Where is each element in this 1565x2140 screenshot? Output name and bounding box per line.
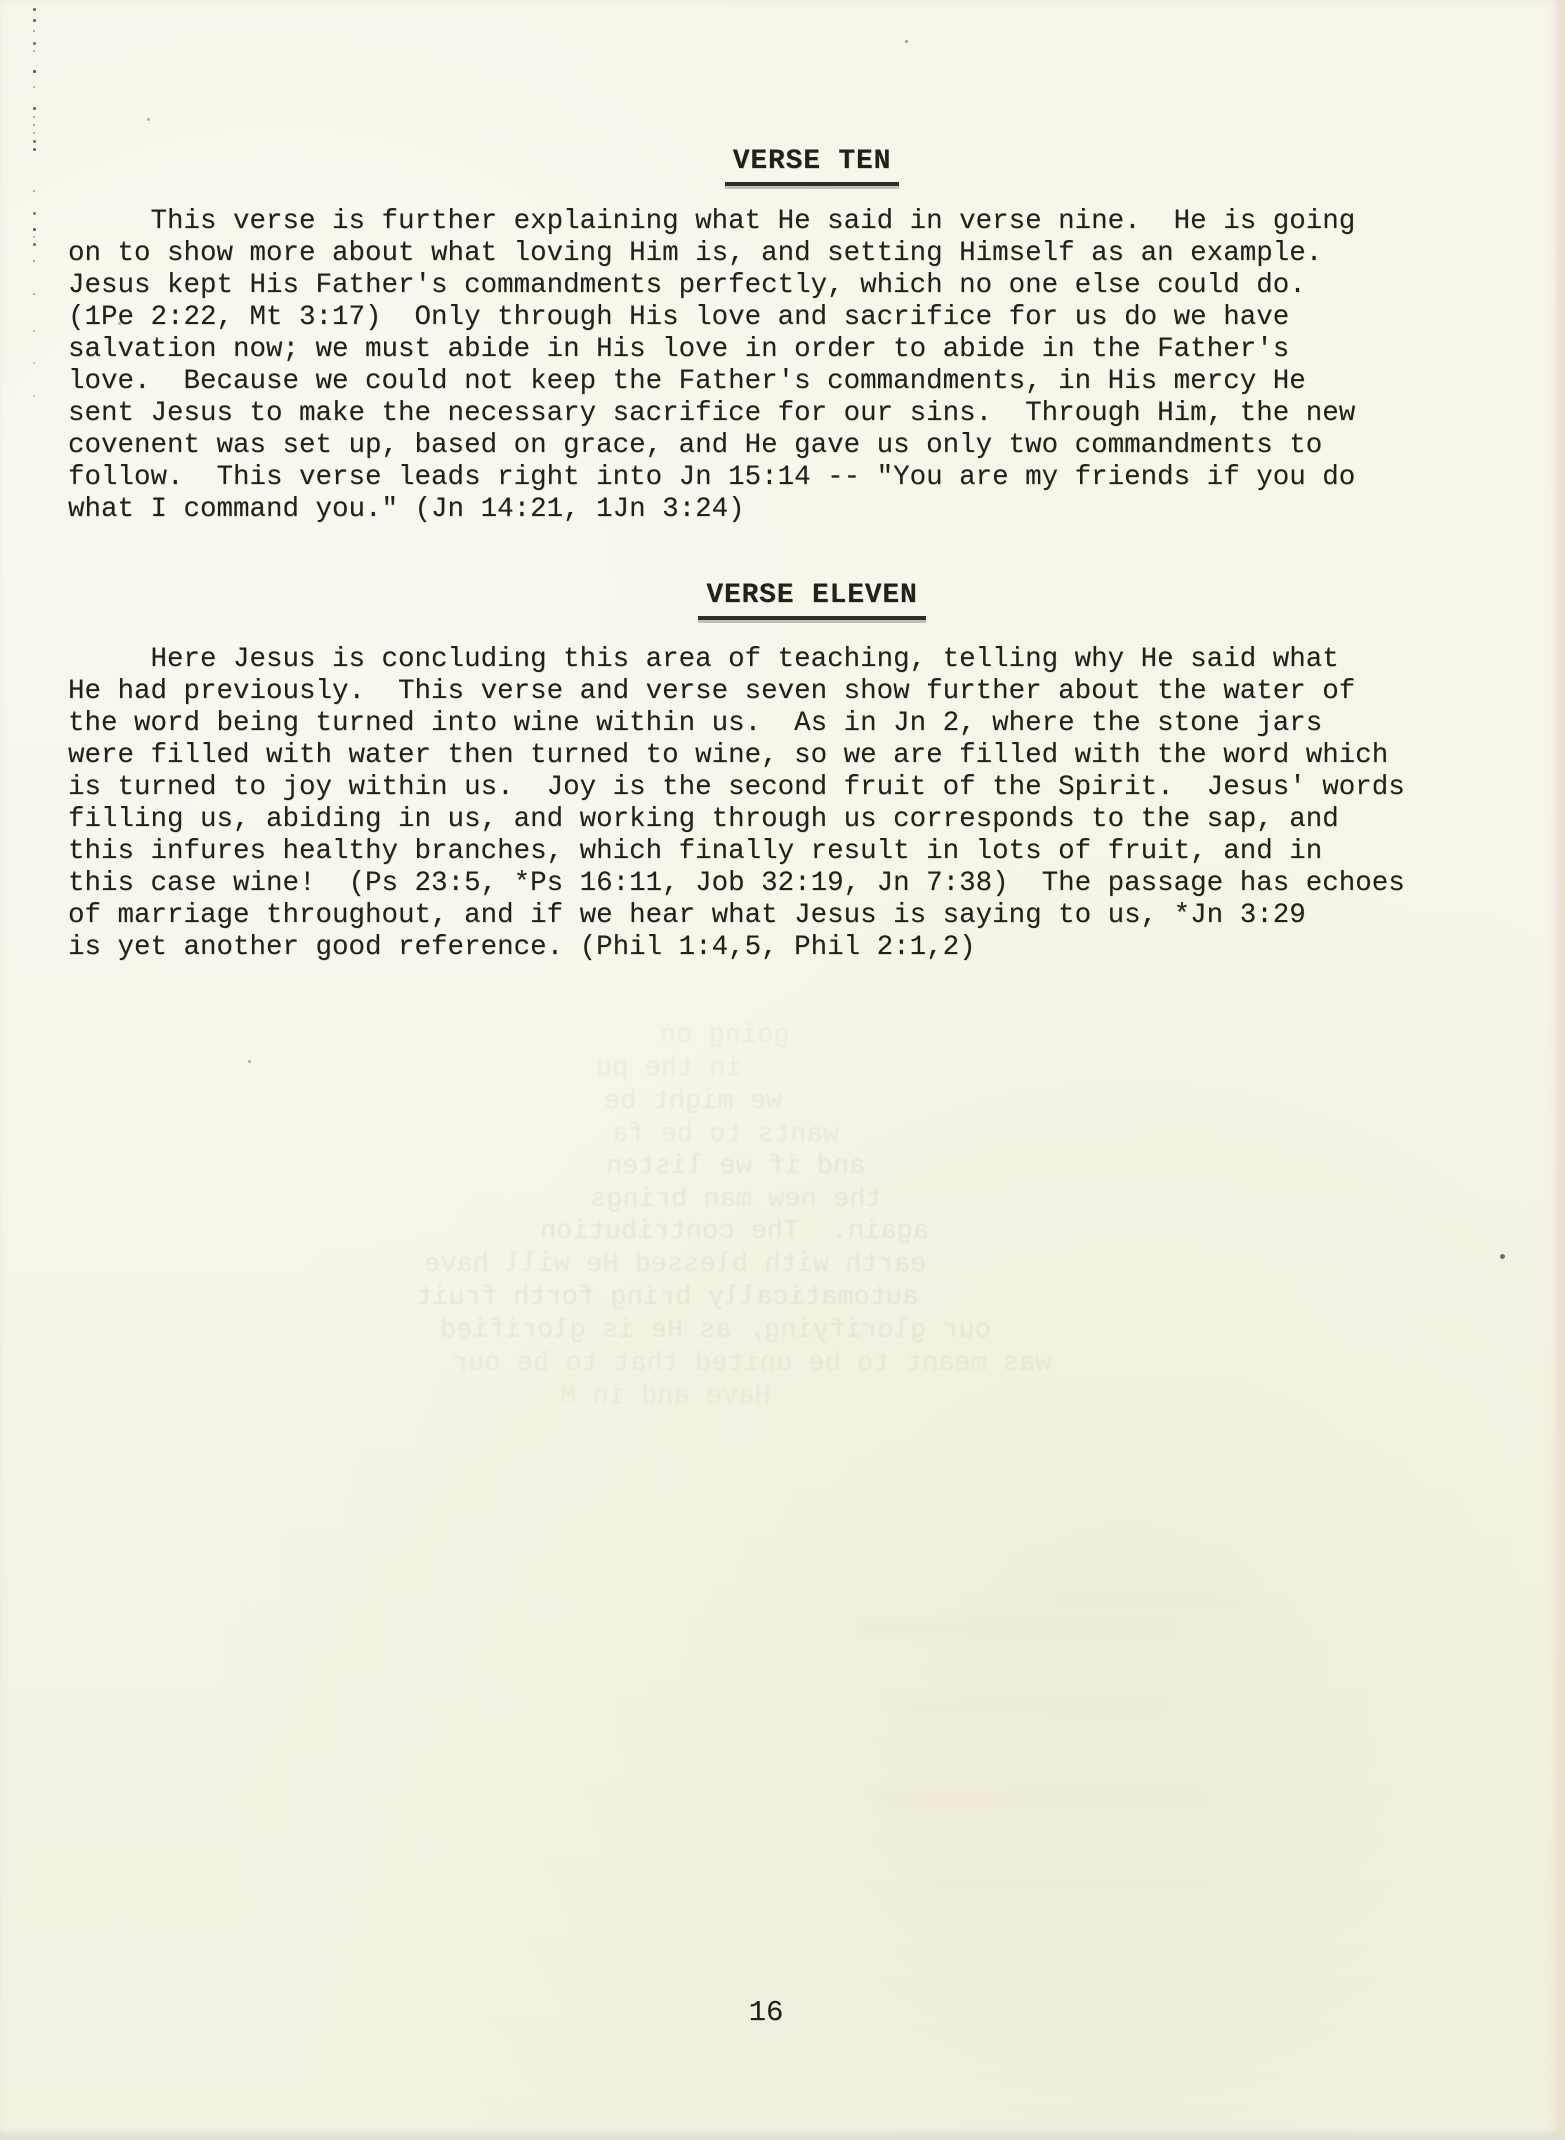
scan-dot xyxy=(33,395,35,397)
text-line: of marriage throughout, and if we hear w… xyxy=(68,900,1405,932)
scan-speck xyxy=(1500,1254,1505,1259)
scan-dot xyxy=(33,42,36,45)
text-line: (1Pe 2:22, Mt 3:17) Only through His lov… xyxy=(68,302,1355,334)
scan-dot xyxy=(33,228,36,231)
section-title-verse-eleven: VERSE ELEVEN xyxy=(68,580,1482,620)
bleedthrough-smudge xyxy=(860,1620,1180,1636)
text-line: on to show more about what loving Him is… xyxy=(68,238,1355,270)
scan-dot xyxy=(33,243,36,246)
bleedthrough-line: earth with blessed He will have xyxy=(424,1249,926,1281)
bleedthrough-smudge xyxy=(930,1878,1210,1891)
scan-dot xyxy=(33,107,36,110)
bleedthrough-line: automatically bring forth fruit xyxy=(416,1282,918,1314)
bleedthrough-line: was meant to be united that to be our xyxy=(452,1348,1052,1380)
scan-speck xyxy=(248,1060,251,1063)
text-line: love. Because we could not keep the Fath… xyxy=(68,366,1355,398)
paragraph-verse-eleven: Here Jesus is concluding this area of te… xyxy=(68,644,1405,964)
scan-dot xyxy=(33,190,35,192)
text-line: what I command you." (Jn 14:21, 1Jn 3:24… xyxy=(68,494,1355,526)
scan-dot xyxy=(33,70,36,73)
scan-dot xyxy=(33,148,36,151)
section-title-text: VERSE TEN xyxy=(725,146,899,186)
bleedthrough-line: in the pu xyxy=(596,1053,742,1085)
paragraph-verse-ten: This verse is further explaining what He… xyxy=(68,206,1355,526)
scan-dot xyxy=(33,362,35,364)
scan-dot xyxy=(33,212,36,215)
scan-dot xyxy=(33,116,35,118)
scan-dot xyxy=(33,260,35,262)
scan-dot xyxy=(33,236,35,238)
text-line: is yet another good reference. (Phil 1:4… xyxy=(68,932,1405,964)
scan-dot xyxy=(33,30,35,32)
document-page: VERSE TEN This verse is further explaini… xyxy=(0,0,1565,2140)
section-title-text: VERSE ELEVEN xyxy=(698,580,925,620)
bleedthrough-smudge xyxy=(1050,1595,1250,1607)
text-line: this case wine! (Ps 23:5, *Ps 16:11, Job… xyxy=(68,868,1405,900)
text-line: were filled with water then turned to wi… xyxy=(68,740,1405,772)
scan-speck xyxy=(905,40,908,43)
scan-dot xyxy=(33,124,35,126)
text-line: This verse is further explaining what He… xyxy=(68,206,1355,238)
scan-dot xyxy=(33,293,35,295)
bleedthrough-line: our glorifying, as He is glorified xyxy=(440,1315,991,1347)
text-line: Here Jesus is concluding this area of te… xyxy=(68,644,1405,676)
text-line: sent Jesus to make the necessary sacrifi… xyxy=(68,398,1355,430)
scan-speck xyxy=(118,322,121,325)
bleedthrough-line: and if we listen xyxy=(606,1151,865,1183)
section-title-verse-ten: VERSE TEN xyxy=(68,146,1482,186)
text-line: is turned to joy within us. Joy is the s… xyxy=(68,772,1405,804)
scan-speck xyxy=(147,118,150,121)
bleedthrough-line: we might be xyxy=(604,1086,782,1118)
text-line: this infures healthy branches, which fin… xyxy=(68,836,1405,868)
bleedthrough-line: Have and in M xyxy=(560,1381,771,1413)
scan-dot xyxy=(33,140,36,143)
text-line: salvation now; we must abide in His love… xyxy=(68,334,1355,366)
scan-dot xyxy=(33,8,36,11)
text-line: Jesus kept His Father's commandments per… xyxy=(68,270,1355,302)
text-line: covenent was set up, based on grace, and… xyxy=(68,430,1355,462)
bleedthrough-line: the new man brings xyxy=(590,1184,882,1216)
bleedthrough-line: wants to be fa xyxy=(612,1119,839,1151)
scan-dot xyxy=(33,19,36,22)
text-line: follow. This verse leads right into Jn 1… xyxy=(68,462,1355,494)
bleedthrough-smudge xyxy=(910,1700,1170,1714)
text-line: the word being turned into wine within u… xyxy=(68,708,1405,740)
bleedthrough-line: again. The contribution xyxy=(540,1216,929,1248)
scan-edge-bottom xyxy=(0,2131,1565,2140)
scan-edge-right xyxy=(1553,0,1565,2140)
scan-dot xyxy=(33,132,35,134)
scan-dot xyxy=(33,50,35,52)
scan-dot xyxy=(33,330,35,332)
scan-dot xyxy=(33,86,35,88)
text-line: He had previously. This verse and verse … xyxy=(68,676,1405,708)
bleedthrough-line: going on xyxy=(660,1020,790,1052)
page-number: 16 xyxy=(68,1996,1436,2029)
text-line: filling us, abiding in us, and working t… xyxy=(68,804,1405,836)
bleedthrough-smudge xyxy=(880,1790,1210,1805)
